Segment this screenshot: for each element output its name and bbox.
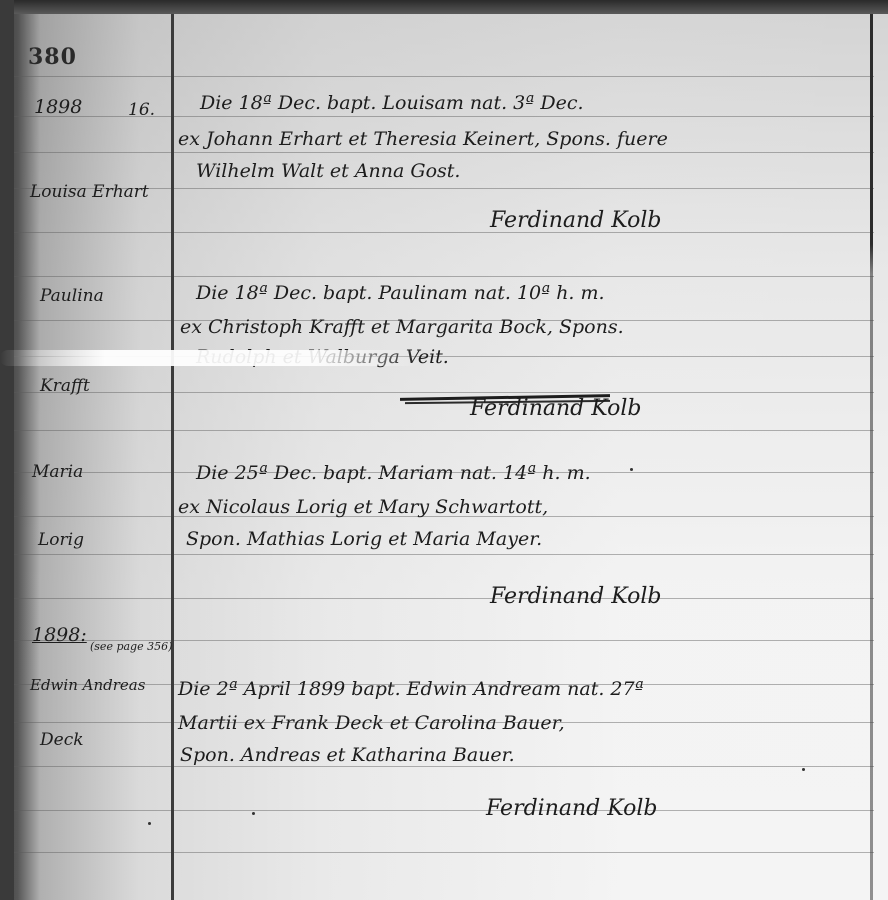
margin-column-divider [171,14,174,900]
entry-3-margin-name-2: Lorig [38,530,84,550]
ruled-line [14,554,874,555]
entry-4-line-2: Martii ex Frank Deck et Carolina Bauer, [178,712,565,734]
entry-4-signature: Ferdinand Kolb [486,796,657,821]
ruled-line [14,766,874,767]
copy-smear [0,350,420,366]
entry-4-margin-name-1: Edwin Andreas [30,676,145,694]
entry-2-margin-name-2: Krafft [40,376,90,396]
ruled-line [14,852,874,853]
margin-entry-number: 16. [128,100,155,120]
ruled-line [14,152,874,153]
ruled-line [14,392,874,393]
ruled-line [14,810,874,811]
ruled-line [14,276,874,277]
register-page: 380 1898 16. Louisa Erhart Die 18ª Dec. … [0,0,888,900]
entry-2-line-2: ex Christoph Krafft et Margarita Bock, S… [180,316,624,338]
entry-3-line-2: ex Nicolaus Lorig et Mary Schwartott, [178,496,548,518]
entry-2-line-1: Die 18ª Dec. bapt. Paulinam nat. 10ª h. … [196,282,605,304]
margin-year: 1898 [34,96,82,118]
entry-1-line-3: Wilhelm Walt et Anna Gost. [196,160,460,182]
entry-1-margin-name: Louisa Erhart [30,182,149,202]
entry-3-signature: Ferdinand Kolb [490,584,661,609]
entry-1-line-2: ex Johann Erhart et Theresia Keinert, Sp… [178,128,668,150]
top-shadow-band [0,0,888,14]
entry-4-margin-name-2: Deck [40,730,84,750]
entry-1-line-1: Die 18ª Dec. bapt. Louisam nat. 3ª Dec. [200,92,584,114]
entry-4-line-3: Spon. Andreas et Katharina Bauer. [180,744,515,766]
entry-2-signature: Ferdinand Kolb [470,396,641,421]
entry-3-line-3: Spon. Mathias Lorig et Maria Mayer. [186,528,542,550]
entry-2-margin-name-1: Paulina [40,286,104,306]
binding-gutter [0,0,14,900]
ruled-line [14,430,874,431]
ruled-line [14,232,874,233]
copy-speck [148,822,151,825]
copy-speck [252,812,255,815]
right-page-rule [870,14,873,900]
entry-4-margin-note: (see page 356) [90,640,172,653]
ruled-line [14,76,874,77]
entry-3-line-1: Die 25ª Dec. bapt. Mariam nat. 14ª h. m. [196,462,591,484]
entry-4-margin-year: 1898: [32,624,87,646]
ruled-line [14,598,874,599]
entry-3-margin-name-1: Maria [32,462,83,482]
copy-speck [802,768,805,771]
entry-4-line-1: Die 2ª April 1899 bapt. Edwin Andream na… [178,678,644,700]
entry-1-signature: Ferdinand Kolb [490,208,661,233]
copy-speck [630,468,633,471]
page-number: 380 [28,44,77,70]
